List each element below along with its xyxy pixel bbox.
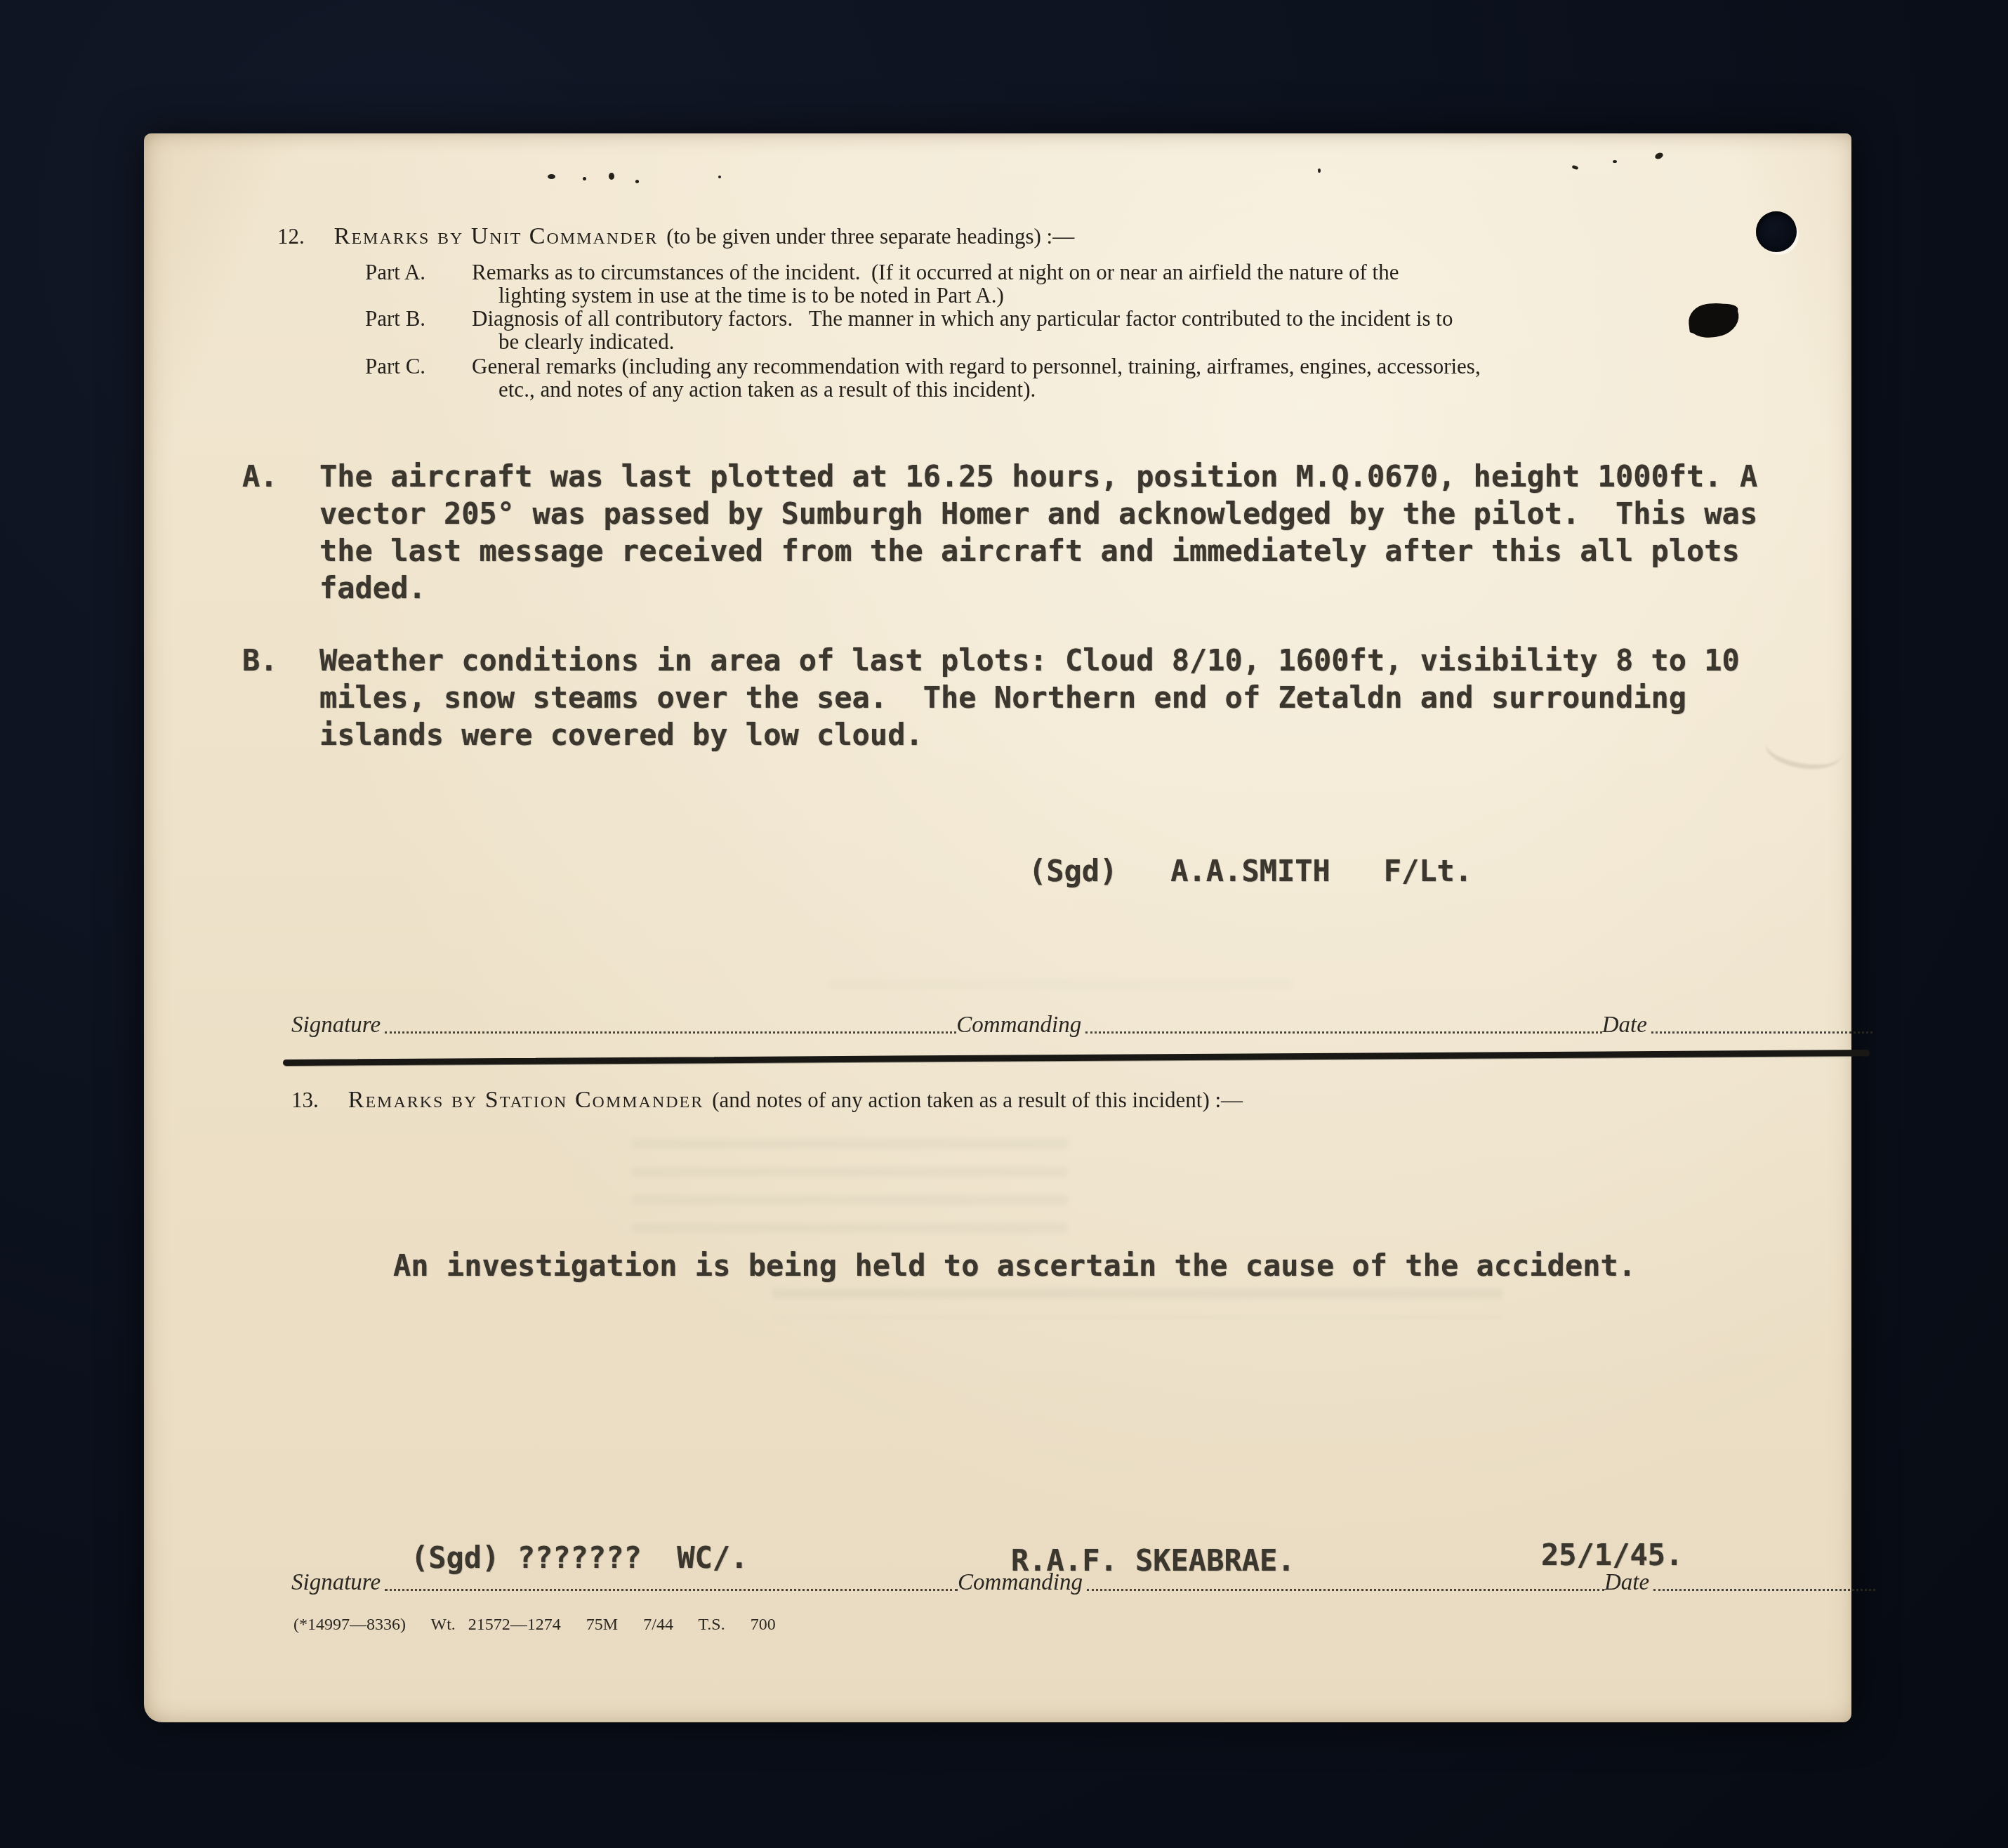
speck	[548, 174, 555, 179]
part-a-line1: Remarks as to circumstances of the incid…	[472, 261, 1399, 283]
remarks-a-line: faded.	[319, 574, 426, 603]
commanding-label: Commanding	[958, 1570, 1087, 1596]
section-12-heading: 12. Remarks by Unit Commander (to be giv…	[277, 225, 1074, 249]
remarks-b-line: miles, snow steams over the sea. The Nor…	[319, 683, 1686, 713]
report-form-page: 12. Remarks by Unit Commander (to be giv…	[144, 133, 1851, 1722]
speck	[718, 176, 721, 178]
part-b-label: Part B.	[365, 308, 425, 329]
speck	[635, 180, 639, 183]
part-c-line1: General remarks (including any recommend…	[472, 355, 1481, 377]
remarks-b-line: Weather conditions in area of last plots…	[319, 646, 1740, 675]
section-13-title: Remarks by Station Commander	[348, 1088, 704, 1112]
part-a-label: Part A.	[365, 261, 425, 283]
printer-code: (*14997—8336) Wt. 21572—1274 75M 7/44 T.…	[293, 1616, 776, 1633]
bleed-through	[632, 1139, 1067, 1244]
part-c-label: Part C.	[365, 355, 425, 377]
speck	[583, 177, 586, 180]
station-remark: An investigation is being held to ascert…	[393, 1251, 1636, 1281]
part-a-line2: lighting system in use at the time is to…	[498, 284, 1004, 306]
bleed-through	[828, 979, 1292, 1003]
pencil-mark	[1762, 720, 1847, 778]
signature-label: Signature	[291, 1012, 385, 1038]
dotted-line	[385, 1588, 958, 1591]
remarks-a-line: vector 205° was passed by Sumburgh Homer…	[319, 499, 1757, 529]
commanding-label: Commanding	[956, 1012, 1085, 1038]
speck	[1318, 169, 1321, 173]
unit-commander-signature: (Sgd) A.A.SMITH F/Lt.	[1029, 857, 1472, 886]
remarks-a-line: The aircraft was last plotted at 16.25 h…	[319, 462, 1757, 491]
signature-label: Signature	[291, 1570, 385, 1596]
punch-hole	[1756, 211, 1797, 252]
section-12-subtitle: (to be given under three separate headin…	[666, 225, 1074, 247]
part-c-line2: etc., and notes of any action taken as a…	[498, 378, 1036, 400]
speck	[1571, 165, 1578, 171]
section-13-number: 13.	[291, 1089, 319, 1111]
speck	[1613, 160, 1617, 163]
remarks-a-line: the last message received from the aircr…	[319, 536, 1740, 566]
dotted-line	[385, 1031, 956, 1034]
section-13-subtitle: (and notes of any action taken as a resu…	[712, 1089, 1243, 1111]
bleed-through	[772, 1288, 1502, 1318]
remarks-a-label: A.	[242, 462, 278, 491]
signature-row-station: Signature Commanding Date	[291, 1570, 1875, 1596]
date-label: Date	[1604, 1570, 1653, 1596]
dotted-line	[1651, 1031, 1872, 1034]
station-signature-date: 25/1/45.	[1541, 1540, 1683, 1570]
section-13-heading: 13. Remarks by Station Commander (and no…	[291, 1088, 1243, 1112]
remarks-b-label: B.	[242, 646, 278, 675]
speck	[609, 173, 614, 180]
section-12-number: 12.	[277, 225, 305, 247]
scanned-document-photo: { "section12": { "number": "12.", "headi…	[0, 0, 2008, 1848]
dotted-line	[1085, 1031, 1601, 1034]
signature-row-unit: Signature Commanding Date	[291, 1012, 1872, 1038]
section-divider-rule	[283, 1050, 1870, 1066]
date-label: Date	[1602, 1012, 1651, 1038]
part-b-line2: be clearly indicated.	[498, 331, 674, 352]
dotted-line	[1653, 1588, 1875, 1591]
remarks-b-line: islands were covered by low cloud.	[319, 720, 923, 750]
part-b-line1: Diagnosis of all contributory factors. T…	[472, 308, 1453, 329]
speck	[1654, 152, 1664, 160]
dotted-line	[1087, 1588, 1604, 1591]
ink-blot	[1686, 301, 1741, 340]
section-12-title: Remarks by Unit Commander	[334, 225, 658, 249]
station-signature-sgd: (Sgd) ??????? WC/.	[411, 1543, 748, 1573]
